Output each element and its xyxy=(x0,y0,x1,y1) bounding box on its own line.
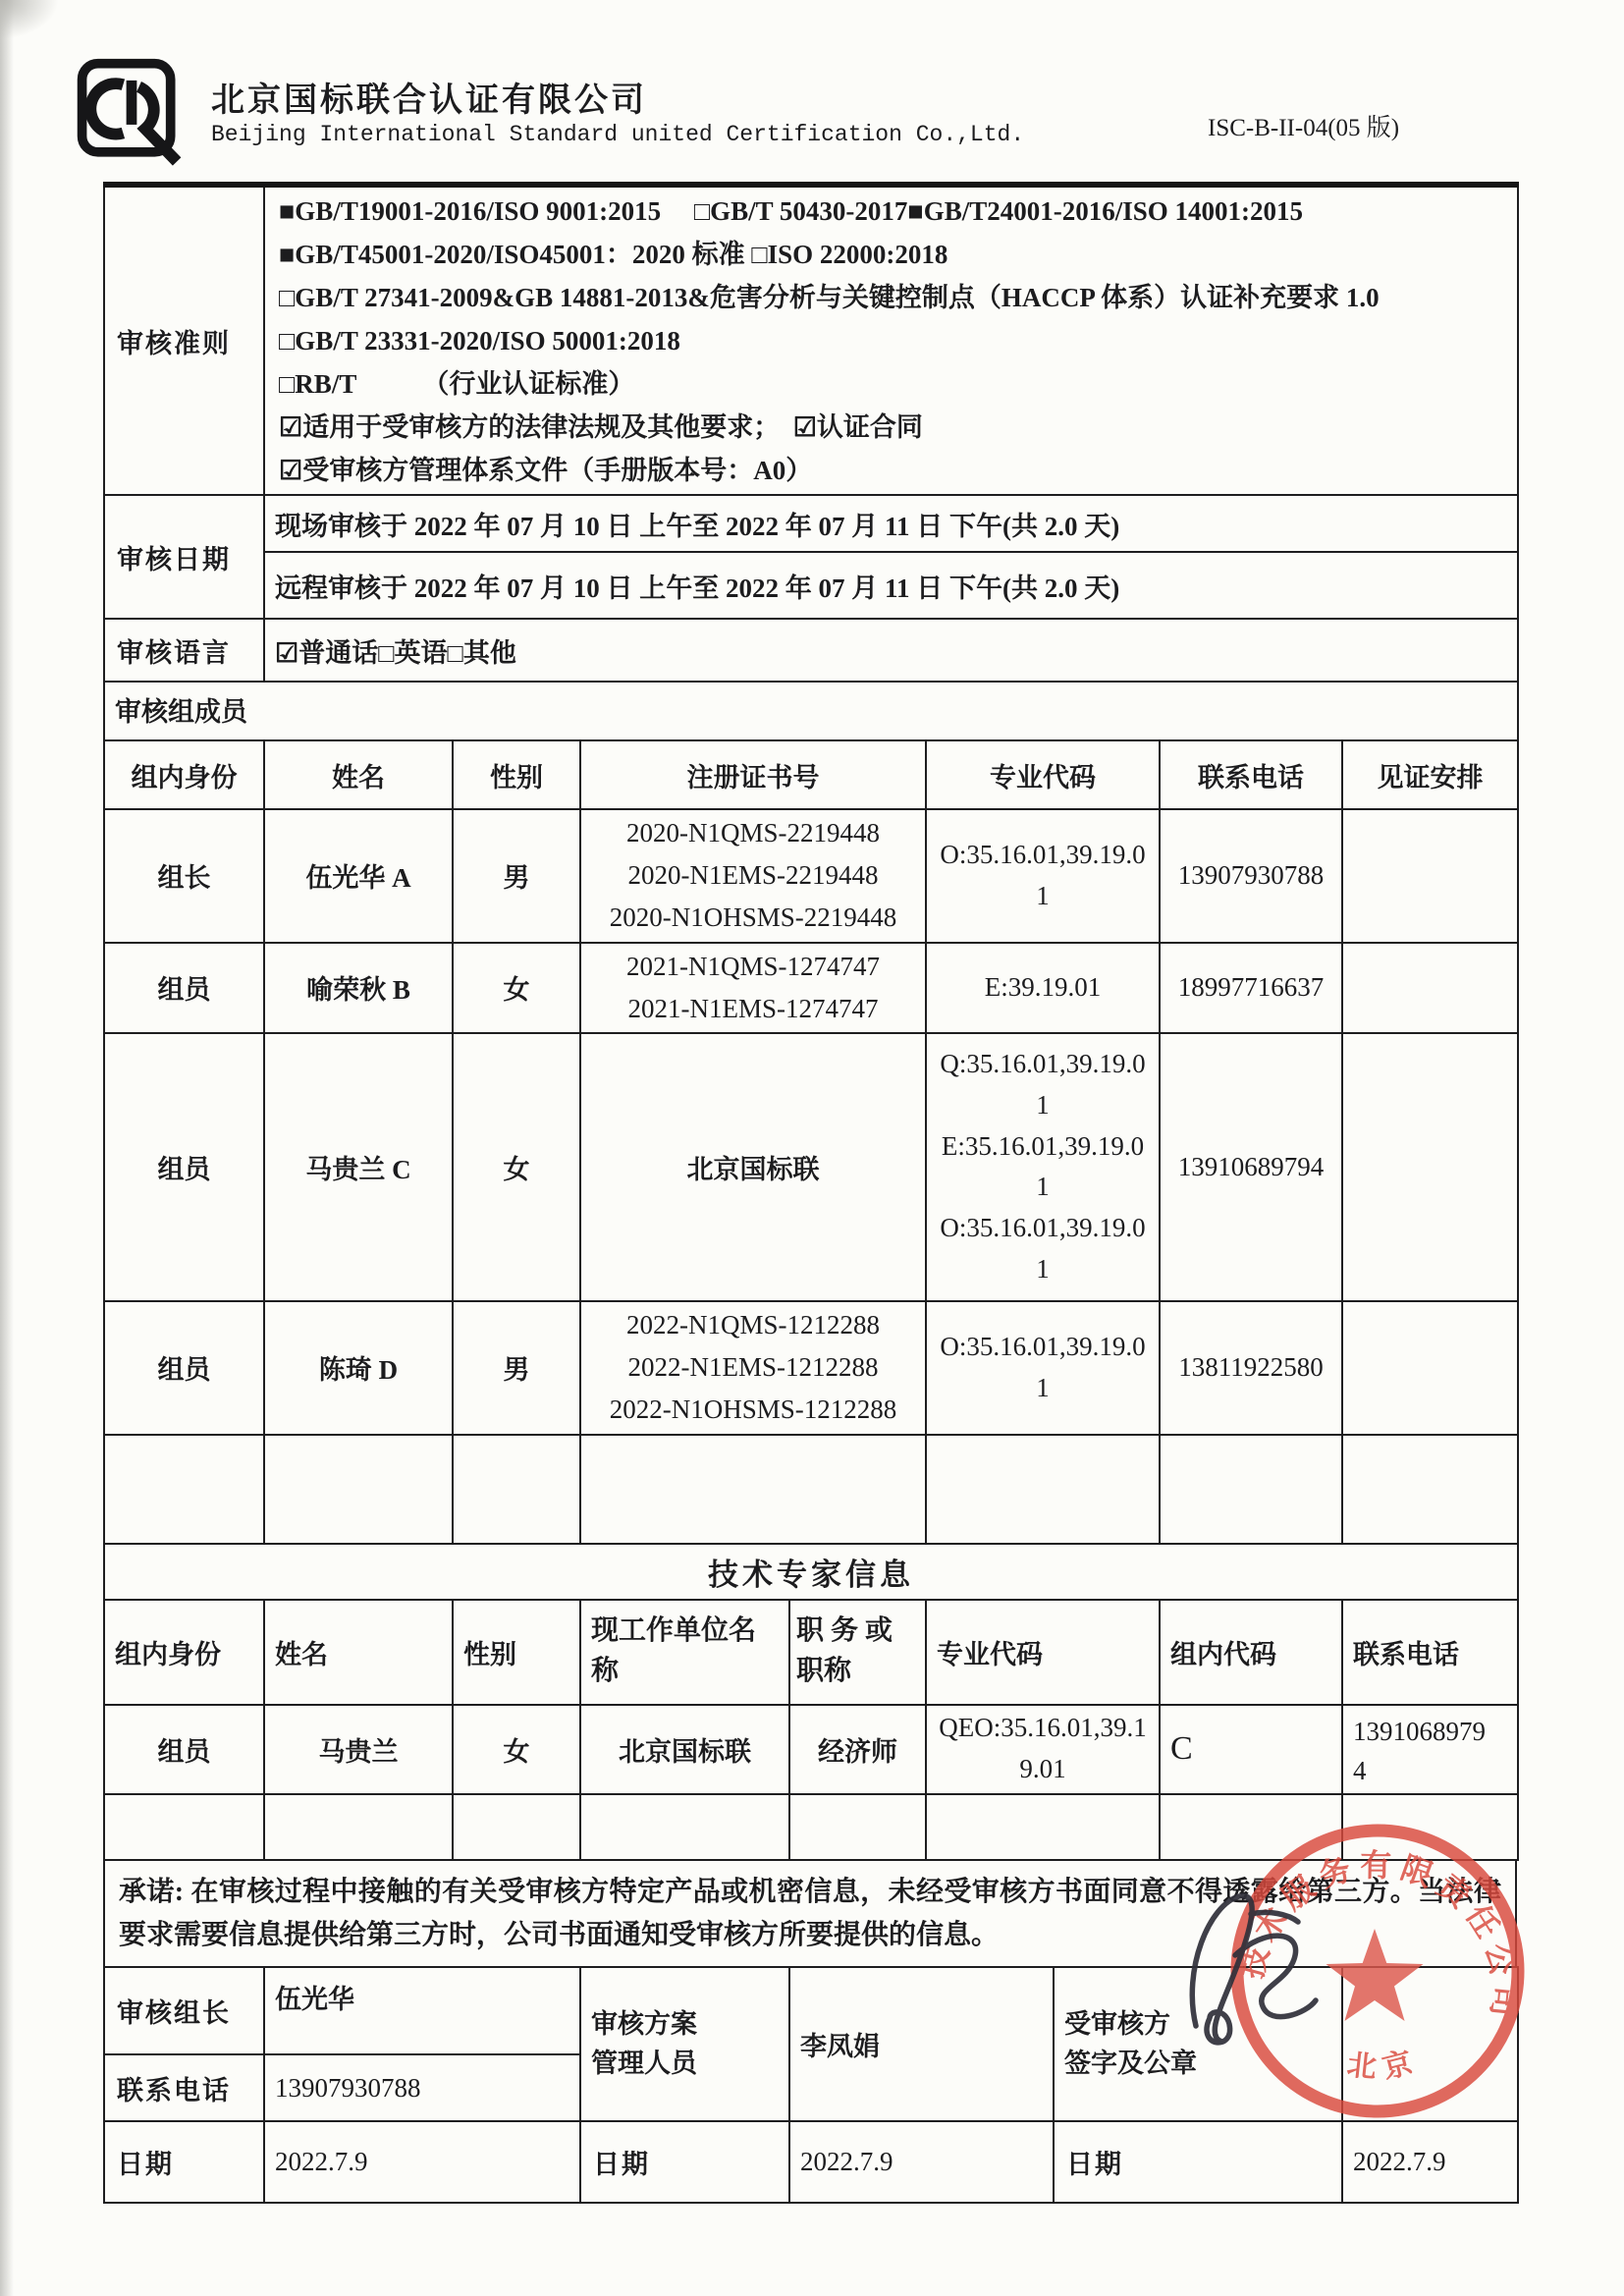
leader-label: 审核组长 xyxy=(104,1967,264,2054)
col-header-employer: 现工作单位名称 xyxy=(580,1600,789,1705)
date-label: 日期 xyxy=(104,2121,264,2203)
criteria-line: ☑适用于受审核方的法律法规及其他要求； ☑认证合同 xyxy=(279,406,1507,449)
member-certs: 2022-N1QMS-1212288 2022-N1EMS-1212288 20… xyxy=(580,1301,926,1435)
audit-date-label: 审核日期 xyxy=(104,495,264,619)
member-role: 组长 xyxy=(104,809,264,943)
expert-phone: 13910689794 xyxy=(1342,1705,1518,1794)
leader-name: 伍光华 xyxy=(264,1967,580,2054)
member-gender: 男 xyxy=(453,809,580,943)
table-row: 组员 喻荣秋 B 女 2021-N1QMS-1274747 2021-N1EMS… xyxy=(104,943,1518,1033)
member-gender: 女 xyxy=(453,1033,580,1301)
col-header-name: 姓名 xyxy=(264,740,453,809)
language-label: 审核语言 xyxy=(104,619,264,682)
col-header-name: 姓名 xyxy=(264,1600,453,1705)
member-role: 组员 xyxy=(104,1301,264,1435)
col-header-title: 职 务 或职称 xyxy=(789,1600,926,1705)
technical-experts-table: 技术专家信息 组内身份 姓名 性别 现工作单位名称 职 务 或职称 专业代码 组… xyxy=(103,1543,1519,1861)
criteria-line: ☑受审核方管理体系文件（手册版本号：A0） xyxy=(279,449,1507,492)
expert-team-code: C xyxy=(1160,1705,1342,1794)
criteria-line: ■GB/T19001-2016/ISO 9001:2015 □GB/T 5043… xyxy=(279,190,1507,233)
company-name-en: Beijing International Standard united Ce… xyxy=(211,122,1024,147)
form-body: 审核准则 ■GB/T19001-2016/ISO 9001:2015 □GB/T… xyxy=(103,182,1517,2204)
empty-row xyxy=(104,1794,1518,1860)
col-header-gender: 性别 xyxy=(453,1600,580,1705)
manager-label: 审核方案 管理人员 xyxy=(580,1967,789,2121)
col-header-code: 专业代码 xyxy=(926,1600,1160,1705)
empty-cell xyxy=(104,1435,264,1544)
scanned-audit-form-page: 北京国标联合认证有限公司 Beijing International Stand… xyxy=(0,0,1624,2296)
empty-cell xyxy=(926,1794,1160,1860)
date-value: 2022.7.9 xyxy=(1342,2121,1518,2203)
date-label: 日期 xyxy=(580,2121,789,2203)
member-witness xyxy=(1342,943,1518,1033)
member-witness xyxy=(1342,809,1518,943)
empty-cell xyxy=(264,1435,453,1544)
empty-cell xyxy=(789,1794,926,1860)
signature-table: 审核组长 伍光华 审核方案 管理人员 李凤娟 受审核方 签字及公章 联系电话 1… xyxy=(103,1966,1519,2204)
table-row: 组员 马贵兰 女 北京国标联 经济师 QEO:35.16.01,39.19.01… xyxy=(104,1705,1518,1794)
empty-cell xyxy=(926,1435,1160,1544)
date-value: 2022.7.9 xyxy=(264,2121,580,2203)
expert-code: QEO:35.16.01,39.19.01 xyxy=(926,1705,1160,1794)
document-code: ISC-B-II-04(05 版) xyxy=(1208,108,1399,143)
empty-cell xyxy=(580,1435,926,1544)
member-name: 喻荣秋 B xyxy=(264,943,453,1033)
col-header-role: 组内身份 xyxy=(104,740,264,809)
member-code: Q:35.16.01,39.19.01 E:35.16.01,39.19.01 … xyxy=(926,1033,1160,1301)
stamp-cell xyxy=(1342,1967,1518,2121)
criteria-label: 审核准则 xyxy=(104,185,264,495)
empty-cell xyxy=(264,1794,453,1860)
member-gender: 女 xyxy=(453,943,580,1033)
manager-name: 李凤娟 xyxy=(789,1967,1054,2121)
language-value: ☑普通话□英语□其他 xyxy=(264,619,1518,682)
criteria-line: □GB/T 27341-2009&GB 14881-2013&危害分析与关键控制… xyxy=(279,276,1507,319)
date-label: 日期 xyxy=(1054,2121,1342,2203)
expert-role: 组员 xyxy=(104,1705,264,1794)
col-header-phone: 联系电话 xyxy=(1160,740,1342,809)
criteria-content: ■GB/T19001-2016/ISO 9001:2015 □GB/T 5043… xyxy=(264,185,1518,495)
col-header-role: 组内身份 xyxy=(104,1600,264,1705)
member-phone: 13910689794 xyxy=(1160,1033,1342,1301)
remote-audit-date: 远程审核于 2022 年 07 月 10 日 上午至 2022 年 07 月 1… xyxy=(264,552,1518,619)
empty-cell xyxy=(453,1794,580,1860)
criteria-line: ■GB/T45001-2020/ISO45001：2020 标准 □ISO 22… xyxy=(279,233,1507,276)
criteria-line: □GB/T 23331-2020/ISO 50001:2018 xyxy=(279,319,1507,362)
table-row: 组员 陈琦 D 男 2022-N1QMS-1212288 2022-N1EMS-… xyxy=(104,1301,1518,1435)
member-certs: 2021-N1QMS-1274747 2021-N1EMS-1274747 xyxy=(580,943,926,1033)
table-header-row: 组内身份 姓名 性别 现工作单位名称 职 务 或职称 专业代码 组内代码 联系电… xyxy=(104,1600,1518,1705)
member-witness xyxy=(1342,1301,1518,1435)
member-witness xyxy=(1342,1033,1518,1301)
onsite-audit-date: 现场审核于 2022 年 07 月 10 日 上午至 2022 年 07 月 1… xyxy=(264,495,1518,552)
table-row: 组长 伍光华 A 男 2020-N1QMS-2219448 2020-N1EMS… xyxy=(104,809,1518,943)
member-name: 陈琦 D xyxy=(264,1301,453,1435)
empty-cell xyxy=(453,1435,580,1544)
company-name-cn: 北京国标联合认证有限公司 xyxy=(211,73,647,121)
col-header-phone: 联系电话 xyxy=(1342,1600,1518,1705)
member-phone: 13811922580 xyxy=(1160,1301,1342,1435)
leader-phone: 13907930788 xyxy=(264,2054,580,2121)
document-header: 北京国标联合认证有限公司 Beijing International Stand… xyxy=(74,51,1517,169)
empty-cell xyxy=(580,1794,789,1860)
empty-cell xyxy=(1342,1435,1518,1544)
table-row: 日期 2022.7.9 日期 2022.7.9 日期 2022.7.9 xyxy=(104,2121,1518,2203)
team-members-table: 组内身份 姓名 性别 注册证书号 专业代码 联系电话 见证安排 组长 伍光华 A… xyxy=(103,739,1519,1545)
member-name: 马贵兰 C xyxy=(264,1033,453,1301)
col-header-witness: 见证安排 xyxy=(1342,740,1518,809)
col-header-code: 专业代码 xyxy=(926,740,1160,809)
expert-employer: 北京国标联 xyxy=(580,1705,789,1794)
expert-gender: 女 xyxy=(453,1705,580,1794)
col-header-gender: 性别 xyxy=(453,740,580,809)
member-name: 伍光华 A xyxy=(264,809,453,943)
commitment-clause: 承诺: 在审核过程中接触的有关受审核方特定产品或机密信息，未经受审核方书面同意不… xyxy=(103,1861,1517,1969)
member-phone: 18997716637 xyxy=(1160,943,1342,1033)
leader-phone-label: 联系电话 xyxy=(104,2054,264,2121)
member-certs: 北京国标联 xyxy=(580,1033,926,1301)
member-gender: 男 xyxy=(453,1301,580,1435)
expert-title: 经济师 xyxy=(789,1705,926,1794)
member-code: E:39.19.01 xyxy=(926,943,1160,1033)
date-value: 2022.7.9 xyxy=(789,2121,1054,2203)
auditee-signature-label: 受审核方 签字及公章 xyxy=(1054,1967,1342,2121)
empty-cell xyxy=(1342,1794,1518,1860)
member-code: O:35.16.01,39.19.01 xyxy=(926,809,1160,943)
table-header-row: 组内身份 姓名 性别 注册证书号 专业代码 联系电话 见证安排 xyxy=(104,740,1518,809)
member-certs: 2020-N1QMS-2219448 2020-N1EMS-2219448 20… xyxy=(580,809,926,943)
team-section-label: 审核组成员 xyxy=(104,682,1518,740)
certification-logo-icon xyxy=(74,53,189,169)
empty-cell xyxy=(1160,1794,1342,1860)
scan-edge-shadow xyxy=(0,0,14,2296)
empty-cell xyxy=(1160,1435,1342,1544)
audit-info-table: 审核准则 ■GB/T19001-2016/ISO 9001:2015 □GB/T… xyxy=(103,182,1519,741)
table-row: 审核组长 伍光华 审核方案 管理人员 李凤娟 受审核方 签字及公章 xyxy=(104,1967,1518,2054)
member-code: O:35.16.01,39.19.01 xyxy=(926,1301,1160,1435)
scan-corner-smudge xyxy=(0,0,59,39)
criteria-line: □RB/T （行业认证标准） xyxy=(279,362,1507,406)
table-row: 组员 马贵兰 C 女 北京国标联 Q:35.16.01,39.19.01 E:3… xyxy=(104,1033,1518,1301)
col-header-cert: 注册证书号 xyxy=(580,740,926,809)
empty-cell xyxy=(104,1794,264,1860)
expert-name: 马贵兰 xyxy=(264,1705,453,1794)
member-role: 组员 xyxy=(104,943,264,1033)
col-header-team-code: 组内代码 xyxy=(1160,1600,1342,1705)
member-role: 组员 xyxy=(104,1033,264,1301)
member-phone: 13907930788 xyxy=(1160,809,1342,943)
empty-row xyxy=(104,1435,1518,1544)
experts-section-title: 技术专家信息 xyxy=(104,1544,1518,1600)
